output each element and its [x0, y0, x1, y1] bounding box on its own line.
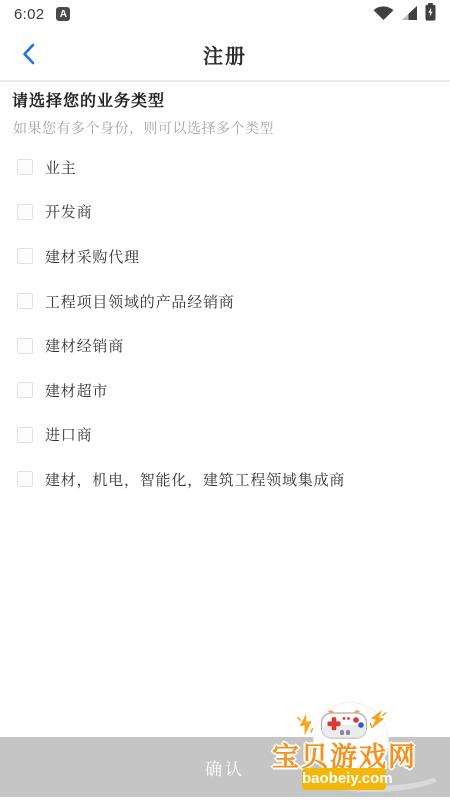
checkbox-unchecked[interactable] — [17, 338, 33, 354]
business-type-row-3[interactable]: 建材采购代理 — [0, 234, 450, 279]
business-type-row-5[interactable]: 建材经销商 — [0, 323, 450, 368]
confirm-button-label: 确认 — [205, 755, 245, 780]
status-bar-right — [373, 3, 436, 26]
checkbox-unchecked[interactable] — [17, 248, 33, 264]
business-type-row-8[interactable]: 建材，机电，智能化，建筑工程领域集成商 — [0, 457, 450, 502]
registration-screen: 6:02 A 注册 请选择您的业务类型 如果您有多个身份，则可以选择多个类型 业… — [0, 0, 450, 800]
section-subtitle: 如果您有多个身份，则可以选择多个类型 — [13, 118, 438, 138]
business-type-row-6[interactable]: 建材超市 — [0, 368, 450, 413]
business-type-list: 业主 开发商 建材采购代理 工程项目领域的产品经销商 建材经销商 建材超市 进口… — [0, 145, 450, 502]
business-type-row-2[interactable]: 开发商 — [0, 190, 450, 235]
business-type-row-7[interactable]: 进口商 — [0, 413, 450, 458]
watermark-site-url: baobeiy.com — [302, 768, 386, 790]
wifi-icon — [373, 5, 394, 26]
checkbox-unchecked[interactable] — [17, 427, 33, 443]
business-type-label: 建材采购代理 — [45, 246, 140, 267]
business-type-label: 进口商 — [45, 424, 92, 445]
business-type-label: 开发商 — [45, 201, 92, 222]
business-type-row-1[interactable]: 业主 — [0, 145, 450, 190]
business-type-row-4[interactable]: 工程项目领域的产品经销商 — [0, 279, 450, 324]
cell-signal-icon — [401, 6, 418, 26]
battery-charging-icon — [425, 3, 436, 26]
checkbox-unchecked[interactable] — [17, 471, 33, 487]
notification-a-icon: A — [56, 7, 70, 21]
checkbox-unchecked[interactable] — [17, 382, 33, 398]
section-title: 请选择您的业务类型 — [12, 88, 438, 111]
business-type-label: 业主 — [45, 157, 77, 178]
page-title: 注册 — [203, 40, 247, 69]
status-bar-left: 6:02 A — [14, 6, 70, 23]
business-type-label: 建材超市 — [45, 380, 108, 401]
checkbox-unchecked[interactable] — [17, 293, 33, 309]
business-type-label: 工程项目领域的产品经销商 — [45, 291, 235, 312]
checkbox-unchecked[interactable] — [17, 159, 33, 175]
status-bar: 6:02 A — [0, 0, 450, 28]
status-time: 6:02 — [14, 6, 44, 23]
business-type-label: 建材经销商 — [45, 335, 124, 356]
checkbox-unchecked[interactable] — [17, 204, 33, 220]
business-type-label: 建材，机电，智能化，建筑工程领域集成商 — [45, 469, 345, 490]
app-bar: 注册 — [0, 28, 450, 82]
chevron-left-icon — [20, 43, 38, 65]
back-button[interactable] — [14, 39, 44, 69]
